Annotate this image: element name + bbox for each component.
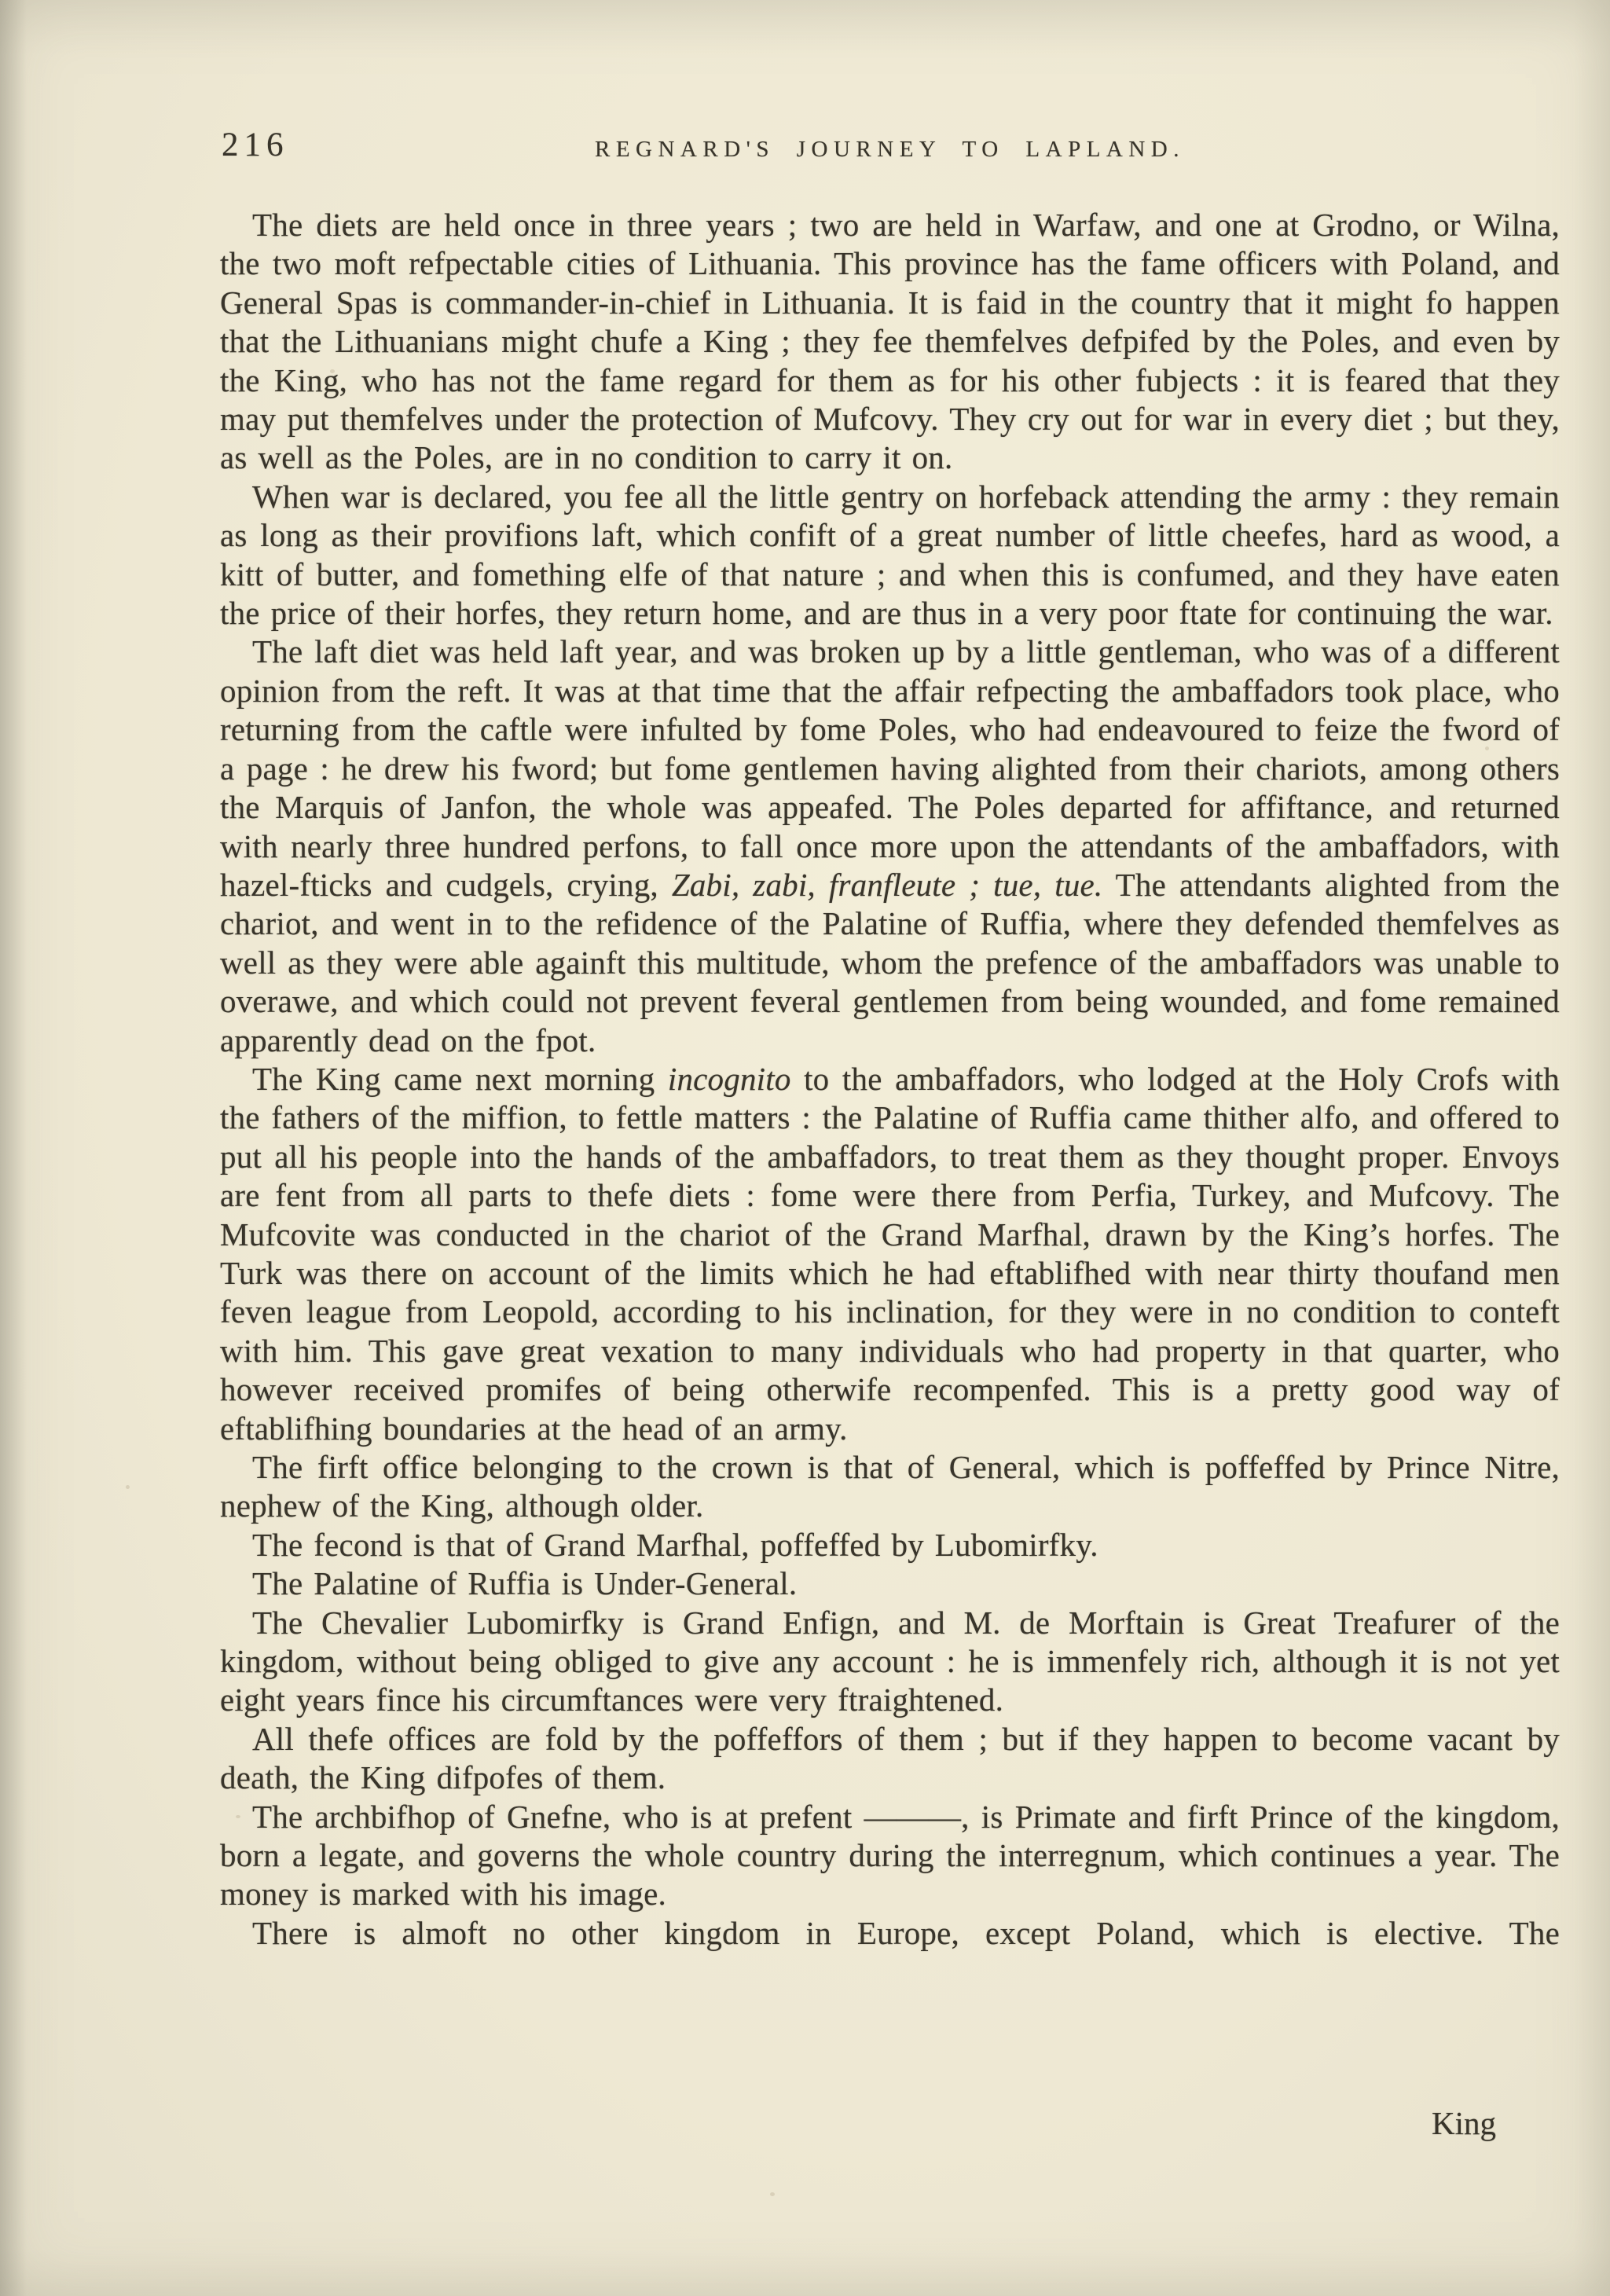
text-run: The archbifhop of Gnefne, who is at pref…	[220, 1799, 1560, 1913]
text-run: to the ambaffadors, who lodged at the Ho…	[220, 1061, 1560, 1447]
running-header: REGNARD'S JOURNEY TO LAPLAND.	[220, 124, 1560, 163]
italic-phrase: incognito	[668, 1061, 791, 1097]
paragraph-9: All thefe offices are fold by the poffef…	[220, 1720, 1560, 1798]
paragraph-1: The diets are held once in three years ;…	[220, 206, 1560, 478]
book-page: 216 REGNARD'S JOURNEY TO LAPLAND. The di…	[0, 0, 1610, 2296]
text-run: The laft diet was held laft year, and wa…	[220, 633, 1560, 902]
paragraph-4: The King came next morning incognito to …	[220, 1060, 1560, 1448]
paragraph-6: The fecond is that of Grand Marfhal, pof…	[220, 1526, 1560, 1564]
page-text: The diets are held once in three years ;…	[220, 206, 1560, 1953]
text-run: The Chevalier Lubomirfky is Grand Enfign…	[220, 1605, 1560, 1718]
text-run: The King came next morning	[252, 1061, 668, 1097]
text-run: The diets are held once in three years ;…	[220, 207, 1560, 475]
paragraph-5: The firft office belonging to the crown …	[220, 1448, 1560, 1526]
text-run: The Palatine of Ruffia is Under-General.	[252, 1565, 797, 1601]
page-number: 216	[222, 126, 289, 164]
paragraph-3: The laft diet was held laft year, and wa…	[220, 633, 1560, 1059]
paragraph-7: The Palatine of Ruffia is Under-General.	[220, 1564, 1560, 1603]
page-header: 216 REGNARD'S JOURNEY TO LAPLAND.	[220, 124, 1560, 171]
paper-speckle	[770, 2192, 775, 2196]
text-run: The firft office belonging to the crown …	[220, 1449, 1560, 1524]
text-run: All thefe offices are fold by the poffef…	[220, 1721, 1560, 1795]
catchword: King	[1432, 2104, 1496, 2142]
text-block: 216 REGNARD'S JOURNEY TO LAPLAND. The di…	[220, 124, 1560, 1953]
italic-phrase: Zabi, zabi, franfleute ; tue, tue.	[672, 867, 1103, 903]
paragraph-11: There is almoft no other kingdom in Euro…	[220, 1914, 1560, 1953]
paragraph-10: The archbifhop of Gnefne, who is at pref…	[220, 1798, 1560, 1914]
paragraph-2: When war is declared, you fee all the li…	[220, 478, 1560, 633]
text-run: When war is declared, you fee all the li…	[220, 479, 1560, 631]
text-run: There is almoft no other kingdom in Euro…	[252, 1915, 1560, 1951]
paper-speckle	[126, 1485, 130, 1489]
paragraph-8: The Chevalier Lubomirfky is Grand Enfign…	[220, 1604, 1560, 1720]
text-run: The fecond is that of Grand Marfhal, pof…	[252, 1527, 1098, 1563]
